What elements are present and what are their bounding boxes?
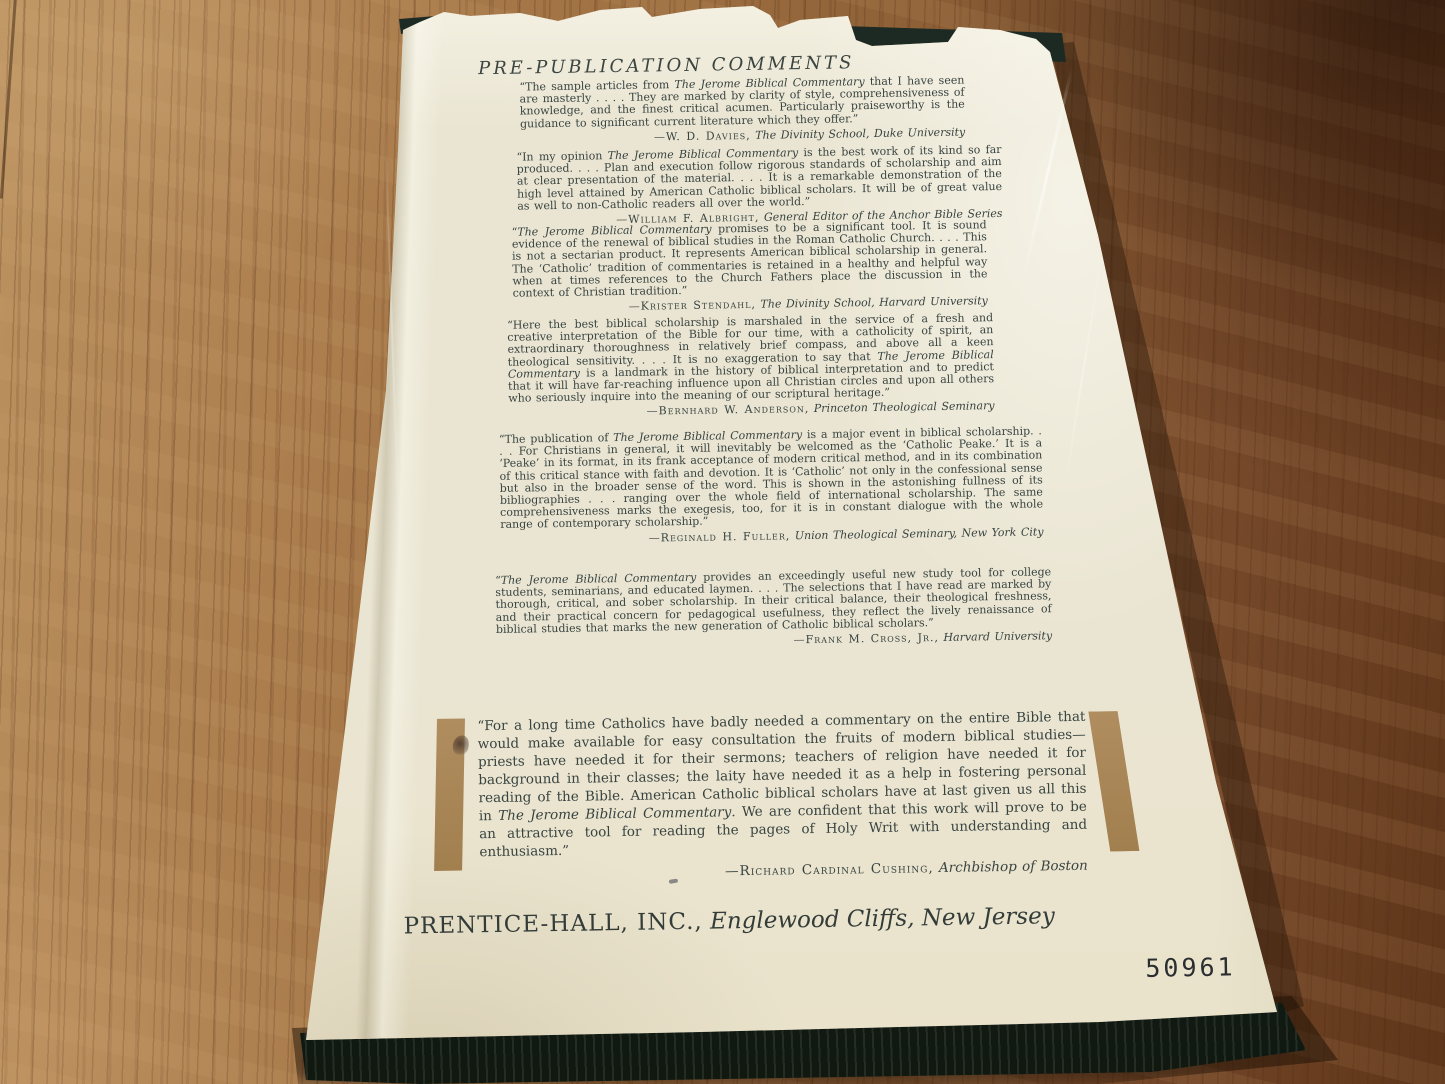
quote-albright: “In my opinion The Jerome Biblical Comme… <box>516 144 1002 228</box>
jacket-printed-content: PRE-PUBLICATION COMMENTS “The sample art… <box>389 0 1346 1084</box>
quote-text: “The publication of The Jerome Biblical … <box>499 425 1043 531</box>
quote-davies: “The sample articles from The Jerome Bib… <box>519 75 965 146</box>
stain-mark <box>453 735 469 755</box>
quote-anderson: “Here the best biblical scholarship is m… <box>507 312 995 420</box>
quote-text: “The Jerome Biblical Commentary provides… <box>495 566 1052 636</box>
ink-speck <box>669 879 679 884</box>
quote-author: —Bernhard W. Anderson, <box>647 402 810 418</box>
gold-accent-bar-right <box>1088 711 1139 851</box>
quote-stendahl: “The Jerome Biblical Commentary promises… <box>512 219 988 315</box>
jacket-stock-number: 50961 <box>1145 952 1236 982</box>
quote-text: “Here the best biblical scholarship is m… <box>507 312 994 405</box>
quote-affiliation: The Divinity School, Duke University <box>755 125 965 141</box>
quote-affiliation: Princeton Theological Seminary <box>814 400 995 416</box>
quote-author: —Krister Stendahl, <box>629 298 756 313</box>
quote-attribution: —Richard Cardinal Cushing, Archbishop of… <box>480 857 1088 885</box>
quote-cross: “The Jerome Biblical Commentary provides… <box>495 566 1052 651</box>
publisher-name: PRENTICE-HALL, INC., <box>403 909 703 940</box>
book-photo-scene: PRE-PUBLICATION COMMENTS “The sample art… <box>0 0 1445 1084</box>
quote-author: —Reginald H. Fuller, <box>649 529 791 544</box>
quote-author: —Richard Cardinal Cushing, <box>725 860 934 879</box>
publisher-line: PRENTICE-HALL, INC., Englewood Cliffs, N… <box>403 903 1055 939</box>
quote-author: —W. D. Davies, <box>654 129 751 144</box>
quote-affiliation: Harvard University <box>943 629 1052 644</box>
quote-cushing: “For a long time Catholics have badly ne… <box>477 708 1088 885</box>
quote-text: “The sample articles from The Jerome Bib… <box>519 75 965 131</box>
jacket-heading: PRE-PUBLICATION COMMENTS <box>478 52 855 79</box>
quote-affiliation: Archbishop of Boston <box>939 858 1088 876</box>
quote-affiliation: The Divinity School, Harvard University <box>760 294 988 311</box>
quote-text: “The Jerome Biblical Commentary promises… <box>512 219 988 300</box>
publisher-location: Englewood Cliffs, New Jersey <box>710 903 1055 934</box>
quote-affiliation: Union Theological Seminary, New York Cit… <box>795 525 1044 542</box>
quote-fuller: “The publication of The Jerome Biblical … <box>499 425 1044 546</box>
quote-author: —Frank M. Cross, Jr., <box>793 631 939 646</box>
quote-text: “In my opinion The Jerome Biblical Comme… <box>516 144 1002 213</box>
quote-text: “For a long time Catholics have badly ne… <box>477 708 1087 862</box>
